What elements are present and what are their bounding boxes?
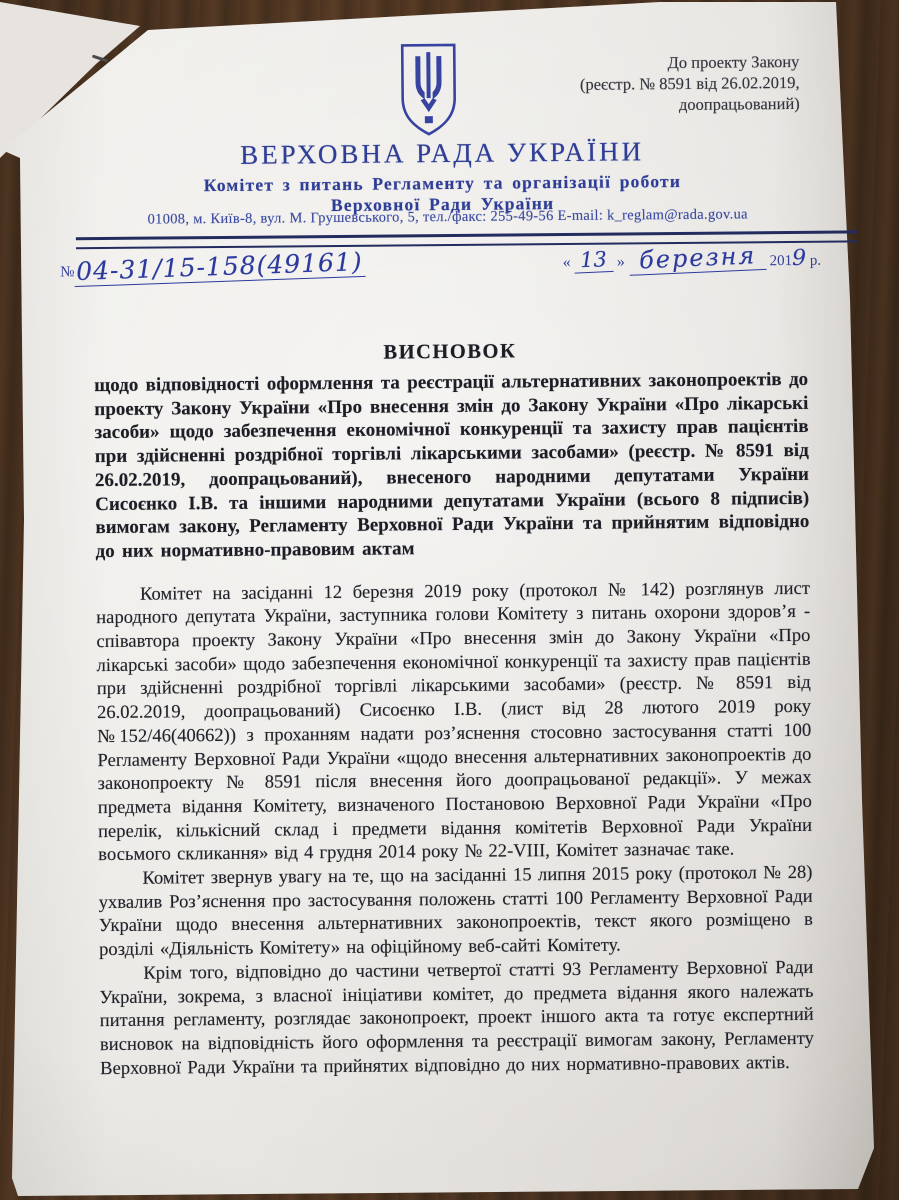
quote-open: « [563,254,571,271]
reference-row: №04-31/15-158(49161) « 13 » березня 2019… [60,243,835,296]
ukraine-trident-icon [397,42,460,141]
document-body: щодо відповідності оформлення та реєстра… [94,368,814,1081]
year-suffix: р. [810,253,821,269]
body-paragraph: Крім того, відповідно до частини четверт… [99,956,814,1081]
handwritten-day: 13 [574,247,614,274]
organization-title: ВЕРХОВНА РАДА УКРАЇНИ [57,135,827,173]
corner-reference-note: До проекту Закону (реєстр. № 8591 від 26… [580,51,800,116]
corner-note-line: (реєстр. № 8591 від 26.02.2019, [580,72,800,95]
corner-note-line: доопрацьований) [580,93,800,116]
printed-year: 201 [770,253,793,269]
document-title: ВИСНОВОК [94,338,806,367]
document-date: « 13 » березня 2019 р. [563,243,822,274]
quote-close: » [617,253,625,270]
handwritten-number: 04-31/15-158(49161) [74,247,365,287]
photo-background: До проекту Закону (реєстр. № 8591 від 26… [0,0,899,1200]
body-paragraph: Комітет звернув увагу на те, що на засід… [98,861,813,962]
outgoing-number: №04-31/15-158(49161) [60,251,365,284]
handwritten-year-digit: 9 [792,246,806,271]
document-content: До проекту Закону (реєстр. № 8591 від 26… [0,0,899,1200]
subject-paragraph: щодо відповідності оформлення та реєстра… [94,368,810,564]
corner-note-line: До проекту Закону [580,51,800,74]
body-paragraph: Комітет на засіданні 12 березня 2019 рок… [96,576,812,867]
number-prefix: № [60,264,74,280]
handwritten-month: березня [628,241,766,276]
